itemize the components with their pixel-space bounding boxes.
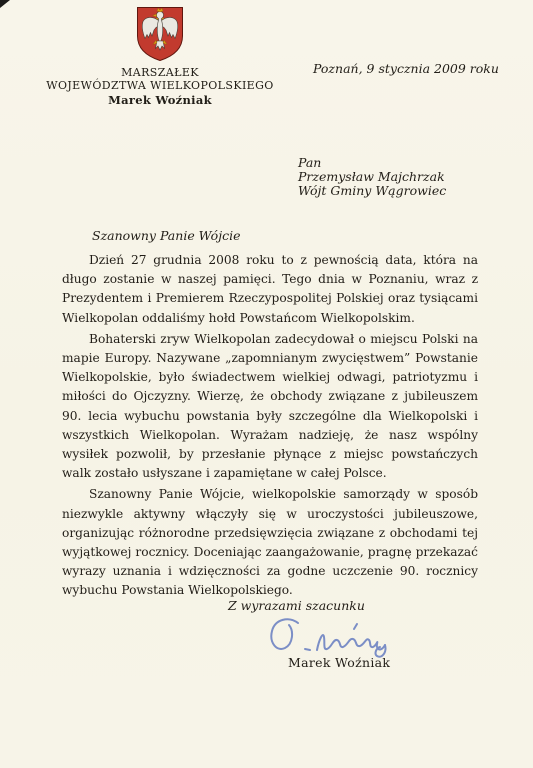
letterhead-title-line2: WOJEWÓDZTWA WIELKOPOLSKIEGO xyxy=(38,79,282,92)
paragraph-3: Szanowny Panie Wójcie, wielkopolskie sam… xyxy=(62,485,478,600)
recipient-name: Przemysław Majchrzak xyxy=(298,170,446,184)
salutation: Szanowny Panie Wójcie xyxy=(92,228,240,243)
paragraph-2: Bohaterski zryw Wielkopolan zadecydował … xyxy=(62,330,478,484)
date-line: Poznań, 9 stycznia 2009 roku xyxy=(313,61,499,76)
letterhead-title-line1: MARSZAŁEK xyxy=(38,66,282,79)
letter-body: Dzień 27 grudnia 2008 roku to z pewności… xyxy=(62,251,478,603)
letterhead-name: Marek Woźniak xyxy=(38,93,282,107)
closing-phrase: Z wyrazami szacunku xyxy=(228,598,365,613)
recipient-honorific: Pan xyxy=(298,156,446,170)
scan-corner-artifact xyxy=(0,0,10,8)
coat-of-arms-icon xyxy=(136,6,184,62)
signer-name: Marek Woźniak xyxy=(288,655,390,670)
recipient-block: Pan Przemysław Majchrzak Wójt Gminy Wągr… xyxy=(298,156,446,198)
recipient-title: Wójt Gminy Wągrowiec xyxy=(298,184,446,198)
letter-page: MARSZAŁEK WOJEWÓDZTWA WIELKOPOLSKIEGO Ma… xyxy=(0,0,533,768)
paragraph-1: Dzień 27 grudnia 2008 roku to z pewności… xyxy=(62,251,478,328)
letterhead: MARSZAŁEK WOJEWÓDZTWA WIELKOPOLSKIEGO Ma… xyxy=(38,6,282,107)
